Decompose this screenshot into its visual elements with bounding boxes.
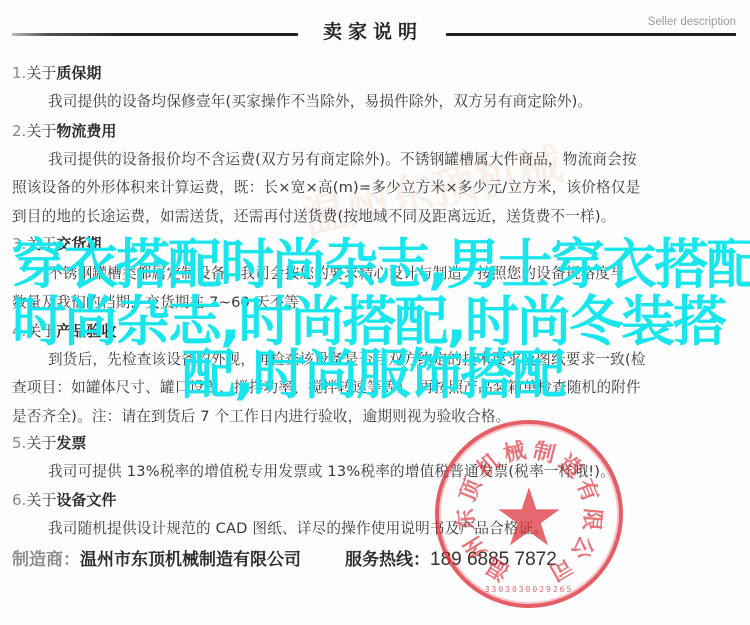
page-title: 卖家说明 xyxy=(305,17,441,44)
section-title: 交货期 xyxy=(56,235,101,253)
header-rule-left xyxy=(12,33,298,36)
hotline-label: 服务热线： xyxy=(345,550,430,570)
section-number: 3. xyxy=(12,235,26,253)
section-text: 到货后，先检查该设备的外观，再检查该设备是否与双方约定的技术要求及图纸要求一致(… xyxy=(48,348,736,369)
section-text: 查项目：如罐体尺寸、罐口设置、搅拌功率、搅拌转速等等），再按照产品装箱单检查随机… xyxy=(12,376,736,397)
seller-description-page: 卖家说明 Seller description 温州东顶机械 1.关于质保期 我… xyxy=(0,0,750,625)
section-prefix: 关于 xyxy=(26,322,56,340)
section-text: 我司随机提供设计规范的 CAD 图纸、详尽的操作使用说明书及产品合格证。 xyxy=(48,517,736,538)
section-number: 6. xyxy=(12,491,26,509)
manufacturer-name: 温州市东顶机械制造有限公司 xyxy=(80,550,301,570)
hotline-number: 189 6885 7872 xyxy=(430,549,557,570)
section-text: 到目的地的长途运费，如需送货，还需再付送货费(按地域不同及距离远近，送货费不一样… xyxy=(12,205,736,226)
section-title: 物流费用 xyxy=(56,122,116,140)
section-text: 我司可提供 13%税率的增值税专用发票或 13%税率的增值税普通发票(税率一样哦… xyxy=(48,460,736,481)
section-heading-logistics: 2.关于物流费用 xyxy=(12,120,116,141)
section-heading-delivery: 3.关于交货期 xyxy=(12,233,101,254)
header-rule-right xyxy=(446,33,736,36)
section-heading-warranty: 1.关于质保期 xyxy=(12,62,101,83)
section-number: 5. xyxy=(12,434,26,452)
section-title: 产品验收 xyxy=(56,322,116,340)
section-text: 数量及我们的档期，交货期在 7~60 天不等 xyxy=(12,291,736,312)
section-heading-documents: 6.关于设备文件 xyxy=(12,489,116,510)
section-number: 4. xyxy=(12,322,26,340)
section-title: 设备文件 xyxy=(56,491,116,509)
page-subtitle: Seller description xyxy=(648,16,736,28)
manufacturer-info: 制造商：温州市东顶机械制造有限公司服务热线：189 6885 7872 xyxy=(12,545,557,571)
section-prefix: 关于 xyxy=(26,122,56,140)
section-prefix: 关于 xyxy=(26,434,56,452)
section-text: 是否齐全)。注：请在到货后 7 个工作日内进行验收，逾期则视为验收合格。 xyxy=(12,405,736,426)
section-prefix: 关于 xyxy=(26,491,56,509)
section-text: 不锈钢罐槽类都属定制设备，我司会按您的要求精心设计与制造，按照您的设备规格度与 xyxy=(48,262,736,283)
section-title: 发票 xyxy=(56,434,86,452)
section-heading-acceptance: 4.关于产品验收 xyxy=(12,320,116,341)
section-heading-invoice: 5.关于发票 xyxy=(12,432,86,453)
stamp-code: 3303030029265 xyxy=(485,585,574,594)
section-number: 1. xyxy=(12,64,26,82)
manufacturer-label: 制造商： xyxy=(12,550,80,570)
company-seal-stamp: 温 州 东 顶 机 械 制 造 有 限 公 司 ★ 3303030029265 xyxy=(435,420,623,608)
section-prefix: 关于 xyxy=(26,235,56,253)
section-text: 我司提供的设备报价均不含运费(双方另有商定除外)。不锈钢罐槽属大件商品，物流商会… xyxy=(48,148,736,169)
section-text: 照该设备的外形体积来计算运费，既：长×宽×高(m)=多少立方米×多少元/立方米，… xyxy=(12,176,736,197)
section-number: 2. xyxy=(12,122,26,140)
section-prefix: 关于 xyxy=(26,64,56,82)
section-title: 质保期 xyxy=(56,64,101,82)
section-text: 我司提供的设备均保修壹年(买家操作不当除外，易损件除外，双方另有商定除外)。 xyxy=(48,90,736,111)
